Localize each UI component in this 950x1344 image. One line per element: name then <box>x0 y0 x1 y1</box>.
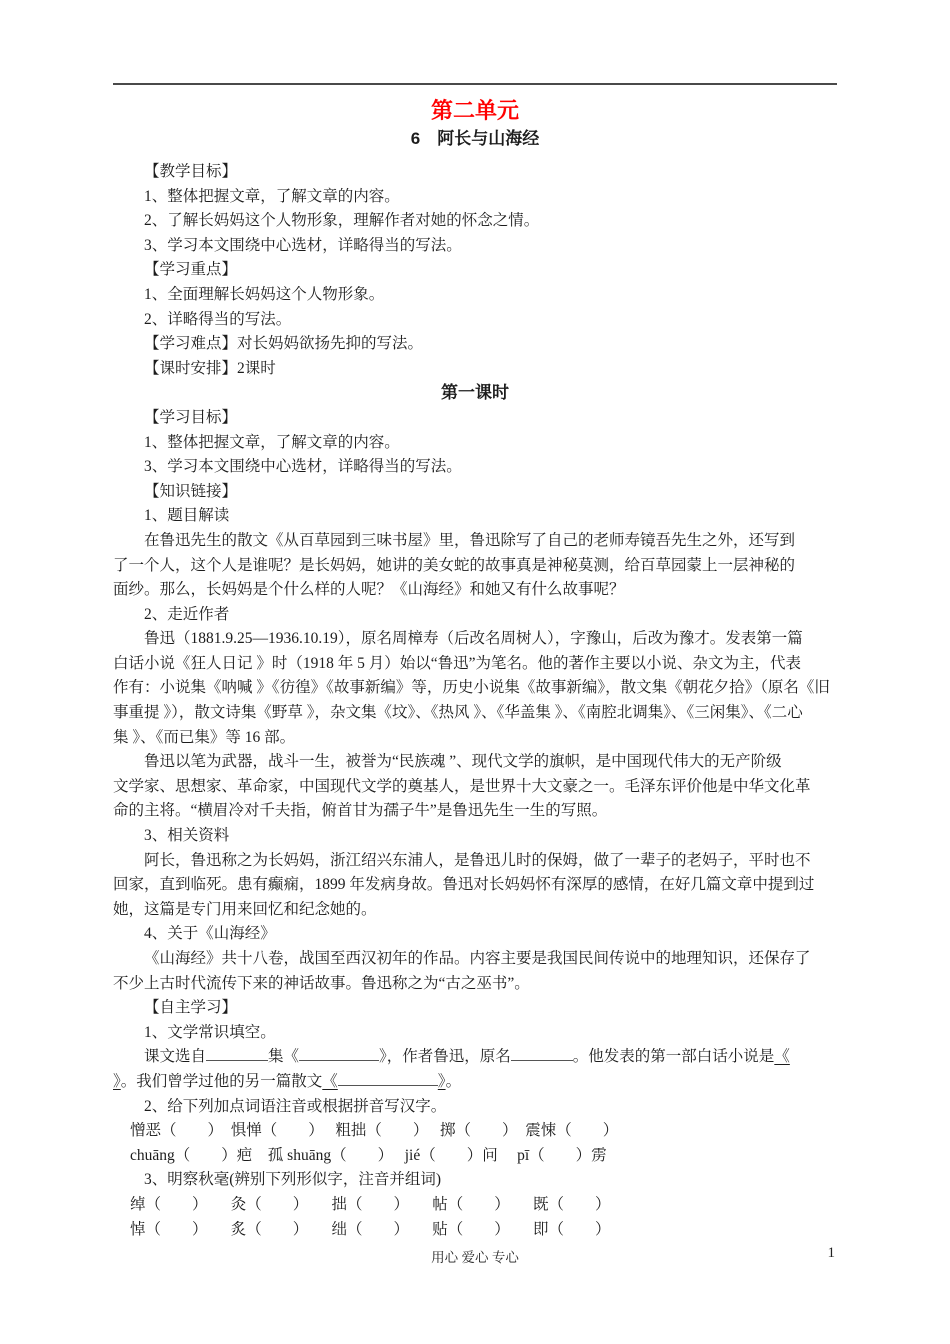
self-study-heading: 【自主学习】 <box>113 996 837 1021</box>
footer-motto: 用心 爱心 专心 <box>0 1246 950 1266</box>
paragraph-line: 阿长，鲁迅称之为长妈妈，浙江绍兴东浦人，是鲁迅儿时的保姆，做了一辈子的老妈子，平… <box>113 849 837 874</box>
teaching-goals-heading: 【教学目标】 <box>113 160 837 185</box>
paragraph-line: 作有：小说集《呐喊 》《彷徨》《故事新编》等，历史小说集《故事新编》，散文集《朝… <box>113 676 837 701</box>
study-focus-heading: 【学习重点】 <box>113 258 837 283</box>
underlined-text: 《 <box>774 1048 790 1065</box>
header-divider-rule <box>113 83 837 85</box>
paragraph-line: 不少上古时代流传下来的神话故事。鲁迅称之为“古之巫书”。 <box>113 972 837 997</box>
segment-text: 》，作者鲁迅，原名 <box>379 1048 511 1065</box>
unit-title: 第二单元 <box>113 96 837 126</box>
paragraph-line: 面纱。那么，长妈妈是个什么样的人呢？《山海经》和她又有什么故事呢？ <box>113 578 837 603</box>
exercise-row: 绰（ ） 灸（ ） 拙（ ） 帖（ ） 既（ ） <box>113 1193 837 1218</box>
segment-text: 。我们曾学过他的另一篇散文 <box>121 1073 323 1090</box>
paragraph-line: 命的主将。“横眉冷对千夫指，俯首甘为孺子牛”是鲁迅先生一生的写照。 <box>113 799 837 824</box>
underlined-text: 》 <box>438 1073 446 1090</box>
fill-blank-line: 》。我们曾学过他的另一篇散文《》。 <box>113 1070 837 1095</box>
exercise-row: chuāng（ ）疤 孤 shuāng（ ） jié（ ）问 pī（ ）雳 <box>113 1144 837 1169</box>
paragraph-line: 文学家、思想家、革命家，中国现代文学的奠基人，是世界十大文豪之一。毛泽东评价他是… <box>113 775 837 800</box>
paragraph-line: 白话小说《狂人日记 》时（1918 年 5 月）始以“鲁迅”为笔名。他的著作主要… <box>113 652 837 677</box>
lesson-title: 6 阿长与山海经 <box>113 126 837 152</box>
study-focus-item: 1、全面理解长妈妈这个人物形象。 <box>113 283 837 308</box>
study-goals-heading: 【学习目标】 <box>113 406 837 431</box>
teaching-goal-item: 2、了解长妈妈这个人物形象，理解作者对她的怀念之情。 <box>113 209 837 234</box>
schedule-line: 【课时安排】2课时 <box>113 357 837 382</box>
fill-blank-line: 课文选自集《》，作者鲁迅，原名。他发表的第一部白话小说是《 <box>113 1045 837 1070</box>
segment-text: 集《 <box>268 1048 299 1065</box>
blank-field <box>511 1047 573 1061</box>
blank-field <box>299 1047 379 1061</box>
knowledge-links-heading: 【知识链接】 <box>113 480 837 505</box>
study-goal-item: 3、学习本文围绕中心选材，详略得当的写法。 <box>113 455 837 480</box>
link-subtitle-shanhaijing: 4、关于《山海经》 <box>113 922 837 947</box>
question-title: 3、明察秋毫(辨别下列形似字，注音并组词) <box>113 1168 837 1193</box>
question-title: 2、给下列加点词语注音或根据拼音写汉字。 <box>113 1095 837 1120</box>
study-goal-item: 1、整体把握文章，了解文章的内容。 <box>113 431 837 456</box>
study-focus-item: 2、详略得当的写法。 <box>113 308 837 333</box>
segment-text: 。 <box>446 1073 462 1090</box>
exercise-row: 悼（ ） 炙（ ） 绌（ ） 贴（ ） 即（ ） <box>113 1218 837 1243</box>
link-subtitle-materials: 3、相关资料 <box>113 824 837 849</box>
paragraph-line: 了一个人，这个人是谁呢？是长妈妈，她讲的美女蛇的故事真是神秘莫测，给百草园蒙上一… <box>113 554 837 579</box>
teaching-goal-item: 1、整体把握文章，了解文章的内容。 <box>113 185 837 210</box>
paragraph-line: 事重提 》），散文诗集《野草 》，杂文集《坟》、《热风 》、《华盖集 》、《南腔… <box>113 701 837 726</box>
teaching-goal-item: 3、学习本文围绕中心选材，详略得当的写法。 <box>113 234 837 259</box>
link-subtitle-author: 2、走近作者 <box>113 603 837 628</box>
document-body: 第二单元 6 阿长与山海经 【教学目标】 1、整体把握文章，了解文章的内容。 2… <box>113 96 837 1242</box>
paragraph-line: 她，这篇是专门用来回忆和纪念她的。 <box>113 898 837 923</box>
exercise-row: 憎恶（ ） 惧惮（ ） 粗拙（ ） 掷（ ） 震悚（ ） <box>113 1119 837 1144</box>
underlined-text: 《 <box>322 1073 338 1090</box>
paragraph-line: 回家，直到临死。患有癫痫，1899 年发病身故。鲁迅对长妈妈怀有深厚的感情，在好… <box>113 873 837 898</box>
link-subtitle-topic: 1、题目解读 <box>113 504 837 529</box>
paragraph-line: 鲁迅（1881.9.25—1936.10.19），原名周樟寿（后改名周树人），字… <box>113 627 837 652</box>
segment-text: 。他发表的第一部白话小说是 <box>573 1048 775 1065</box>
paragraph-line: 鲁迅以笔为武器，战斗一生，被誉为“民族魂 ”、现代文学的旗帜，是中国现代伟大的无… <box>113 750 837 775</box>
underlined-text: 》 <box>113 1073 121 1090</box>
question-title: 1、文学常识填空。 <box>113 1021 837 1046</box>
segment-text: 课文选自 <box>144 1048 206 1065</box>
period-one-title: 第一课时 <box>113 381 837 406</box>
blank-field <box>338 1072 438 1086</box>
paragraph-line: 在鲁迅先生的散文《从百草园到三味书屋》里，鲁迅除写了自己的老师寿镜吾先生之外，还… <box>113 529 837 554</box>
paragraph-line: 集 》、《而已集》等 16 部。 <box>113 726 837 751</box>
paragraph-line: 《山海经》共十八卷，战国至西汉初年的作品。内容主要是我国民间传说中的地理知识，还… <box>113 947 837 972</box>
study-difficulty-line: 【学习难点】对长妈妈欲扬先抑的写法。 <box>113 332 837 357</box>
page-number: 1 <box>828 1245 836 1262</box>
blank-field <box>206 1047 268 1061</box>
